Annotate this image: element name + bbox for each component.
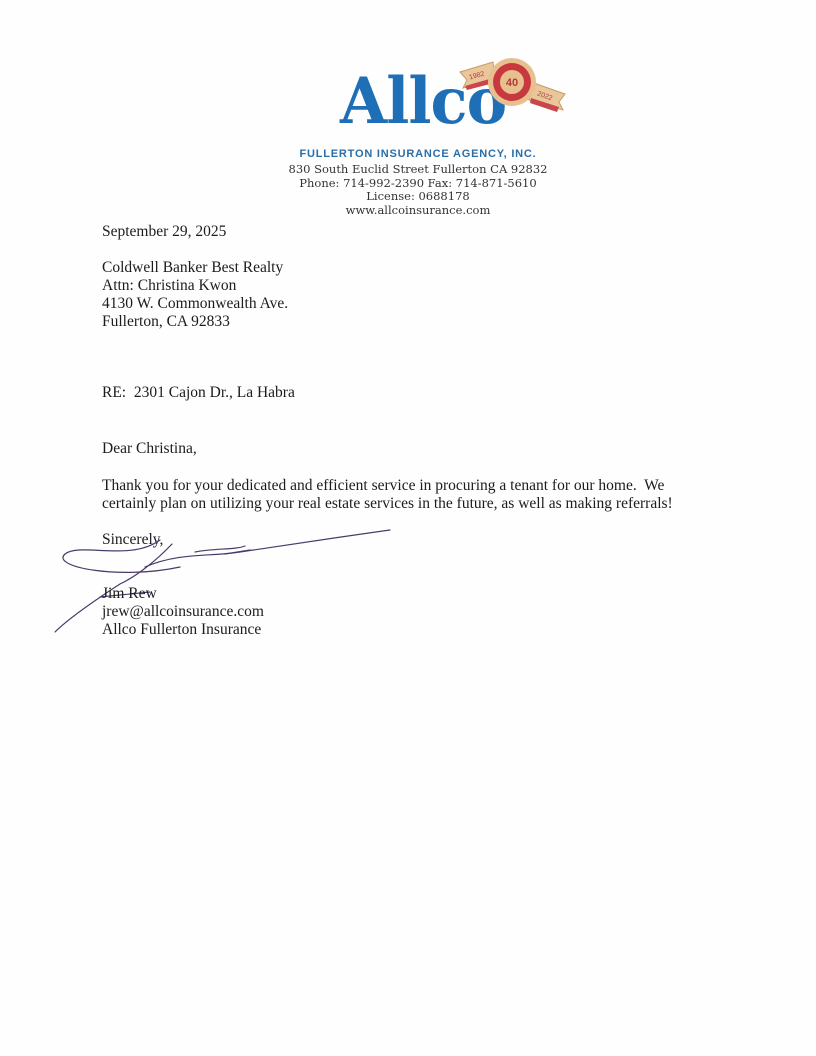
svg-text:40: 40 — [506, 77, 518, 89]
body-line: Thank you for your dedicated and efficie… — [102, 477, 742, 495]
recipient-line: 4130 W. Commonwealth Ave. — [102, 295, 288, 313]
letter-date: September 29, 2025 — [102, 223, 226, 241]
agency-address: 830 South Euclid Street Fullerton CA 928… — [20, 163, 816, 177]
recipient-line: Coldwell Banker Best Realty — [102, 259, 288, 277]
salutation: Dear Christina, — [102, 440, 197, 458]
signer-email: jrew@allcoinsurance.com — [102, 603, 264, 621]
body-line: certainly plan on utilizing your real es… — [102, 495, 742, 513]
signature-block: Jim Rew jrew@allcoinsurance.com Allco Fu… — [102, 585, 264, 639]
agency-license: License: 0688178 — [20, 190, 816, 204]
agency-phone-fax: Phone: 714-992-2390 Fax: 714-871-5610 — [20, 177, 816, 191]
agency-website: www.allcoinsurance.com — [20, 204, 816, 218]
signer-company: Allco Fullerton Insurance — [102, 621, 264, 639]
recipient-address: Coldwell Banker Best Realty Attn: Christ… — [102, 259, 288, 331]
recipient-line: Attn: Christina Kwon — [102, 277, 288, 295]
letter-body: Thank you for your dedicated and efficie… — [102, 477, 742, 513]
anniversary-badge-icon: 1982 40 2022 — [455, 50, 570, 120]
letterhead-contact: 830 South Euclid Street Fullerton CA 928… — [0, 163, 816, 217]
company-logo: Allco 1982 40 2022 — [340, 52, 580, 152]
signer-name: Jim Rew — [102, 585, 264, 603]
agency-name: FULLERTON INSURANCE AGENCY, INC. — [0, 148, 816, 160]
recipient-line: Fullerton, CA 92833 — [102, 313, 288, 331]
subject-line: RE: 2301 Cajon Dr., La Habra — [102, 384, 295, 402]
letter-page: Allco 1982 40 2022 FULLERTON INSURANCE A… — [0, 0, 816, 1056]
